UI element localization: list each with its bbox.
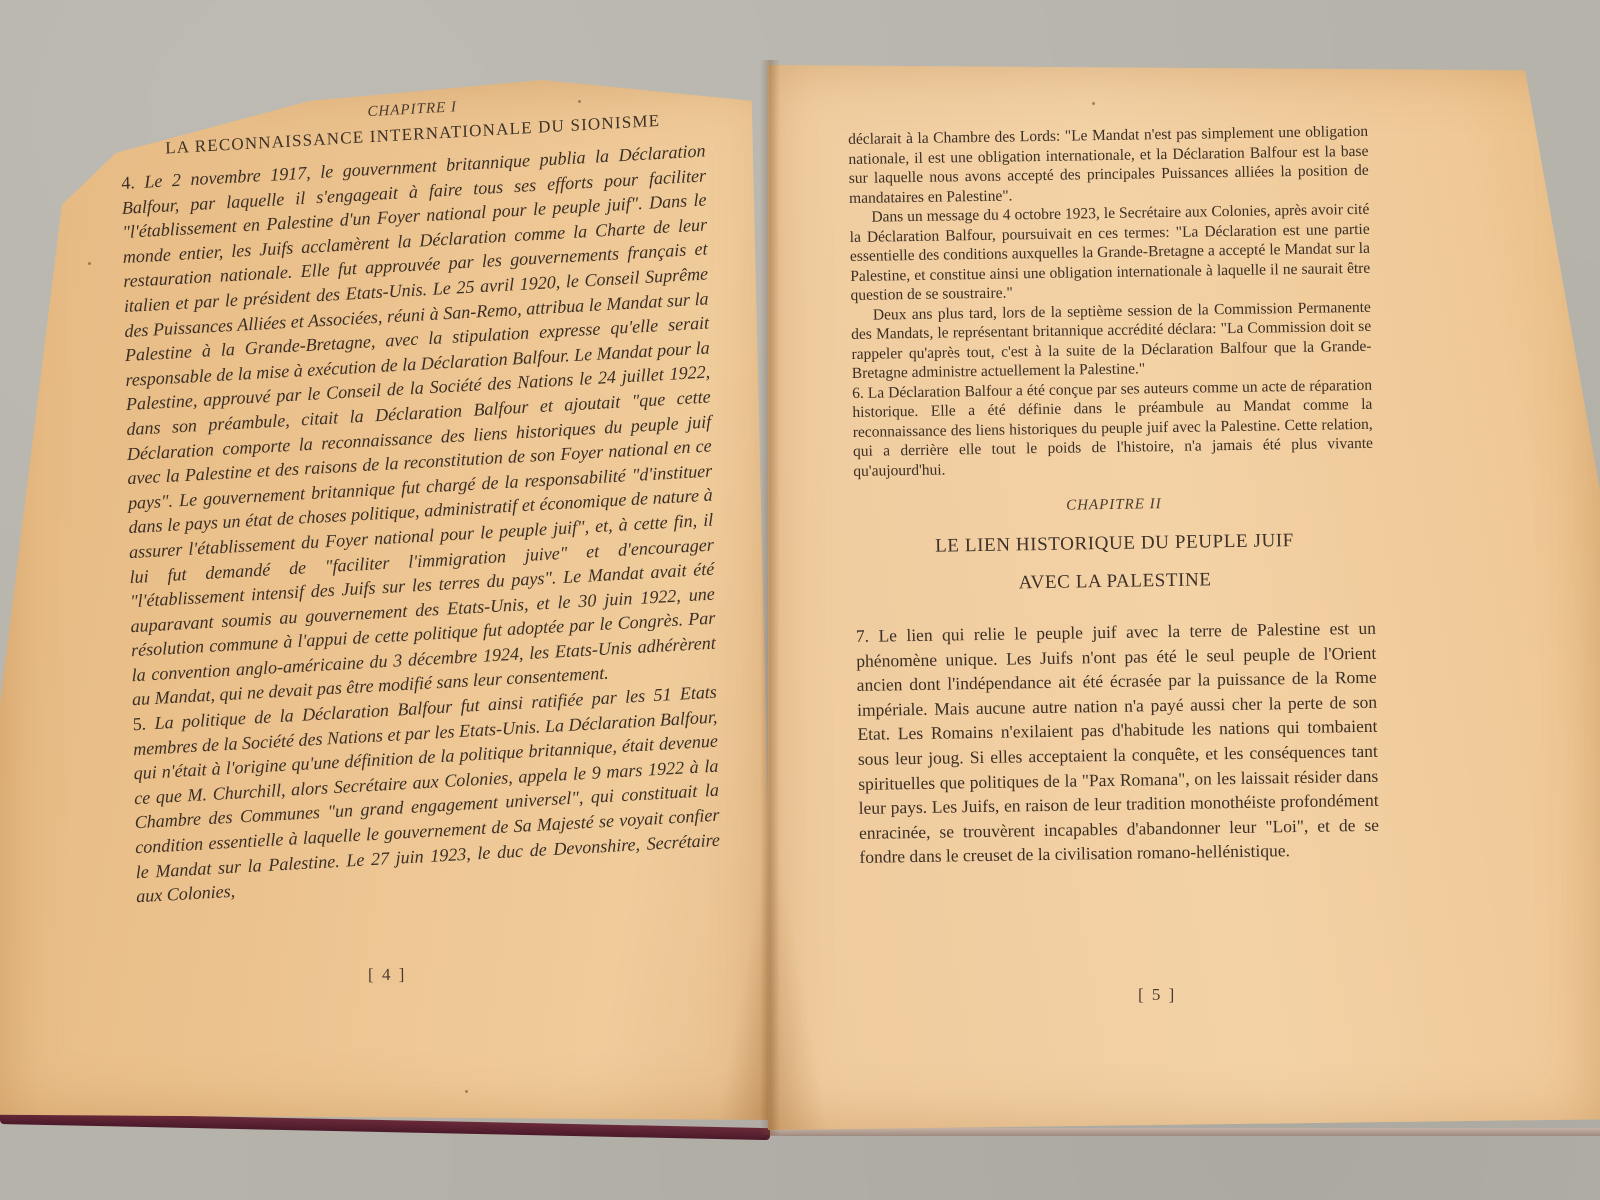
left-page-text: CHAPITRE I LA RECONNAISSANCE INTERNATION… xyxy=(120,85,721,909)
open-booklet: CHAPITRE I LA RECONNAISSANCE INTERNATION… xyxy=(0,0,1600,1200)
chapter-title-line-2: AVEC LA PALESTINE xyxy=(855,564,1375,600)
right-page-text: déclarait à la Chambre des Lords: "Le Ma… xyxy=(848,122,1380,870)
chapter-title-line-1: LE LIEN HISTORIQUE DU PEUPLE JUIF xyxy=(854,526,1374,562)
paragraph-7: 7. Le lien qui relie le peuple juif avec… xyxy=(856,616,1380,870)
paragraph-number: 4. xyxy=(121,172,135,193)
page-number-left: [ 4 ] xyxy=(368,965,407,985)
paragraph-text: La Déclaration Balfour a été conçue par … xyxy=(852,376,1373,479)
paper-speck xyxy=(1092,102,1095,105)
paragraph-commission: Deux ans plus tard, lors de la septième … xyxy=(851,297,1372,383)
paper-speck xyxy=(465,1090,468,1093)
chapter-2-heading: CHAPITRE II LE LIEN HISTORIQUE DU PEUPLE… xyxy=(854,493,1375,600)
paragraph-number: 6. xyxy=(852,384,864,401)
paragraph-text: Deux ans plus tard, lors de la septième … xyxy=(851,298,1372,382)
paragraph-text: La politique de la Déclaration Balfour f… xyxy=(133,682,720,907)
paragraph-5: 5. La politique de la Déclaration Balfou… xyxy=(132,680,720,909)
paragraph-text: déclarait à la Chambre des Lords: "Le Ma… xyxy=(848,123,1369,207)
paper-speck xyxy=(88,262,91,265)
paragraph-text: Le 2 novembre 1917, le gouvernment brita… xyxy=(122,140,716,709)
paragraph-continued: déclarait à la Chambre des Lords: "Le Ma… xyxy=(848,122,1369,208)
book-gutter xyxy=(760,60,780,1135)
paragraph-4: 4. Le 2 novembre 1917, le gouvernment br… xyxy=(121,138,716,712)
page-stack-edge xyxy=(770,1128,1600,1136)
paragraph-text: Le lien qui relie le peuple juif avec la… xyxy=(856,618,1379,867)
paragraph-message-1923: Dans un message du 4 octobre 1923, le Se… xyxy=(849,200,1370,306)
paper-speck xyxy=(578,100,581,103)
paragraph-6: 6. La Déclaration Balfour a été conçue p… xyxy=(852,375,1373,481)
paragraph-text: Dans un message du 4 octobre 1923, le Se… xyxy=(850,201,1371,304)
paragraph-number: 5. xyxy=(132,714,146,735)
page-number-right: [ 5 ] xyxy=(1138,985,1176,1005)
chapter-label: CHAPITRE II xyxy=(854,493,1374,518)
paragraph-number: 7. xyxy=(856,626,869,646)
